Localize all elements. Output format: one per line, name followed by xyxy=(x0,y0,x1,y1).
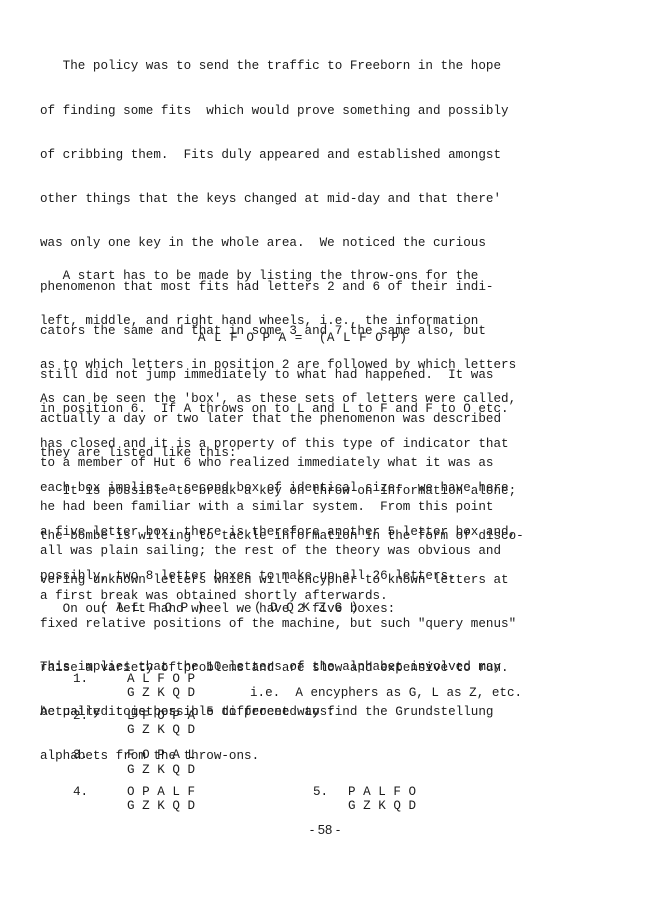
pairing-bottom-row: G Z K Q D xyxy=(127,723,195,738)
pairing-bottom-row: G Z K Q D xyxy=(127,763,195,778)
text-line: It is possible to break a key on throw-o… xyxy=(40,484,640,499)
page-number: - 58 - xyxy=(0,823,650,838)
pairing-top-row: L F O P A xyxy=(127,709,195,724)
pairing-top-row: O P A L F xyxy=(127,785,195,800)
text-line: The policy was to send the traffic to Fr… xyxy=(40,59,640,74)
text-line: has closed and it is a property of this … xyxy=(40,437,640,452)
pairing-bottom-row: G Z K Q D xyxy=(127,799,195,814)
pairing-number: 1. xyxy=(73,672,88,687)
pairing-bottom-row: G Z K Q D xyxy=(348,799,416,814)
five-box-2: ( D Q K Z G ) xyxy=(254,601,359,616)
five-box-1: ( A L F O P ) xyxy=(100,601,205,616)
document-page: The policy was to send the traffic to Fr… xyxy=(0,0,650,902)
pairing-top-row: F O P A L xyxy=(127,748,195,763)
pairing-number: 2. xyxy=(73,709,88,724)
text-line: the bombe is willing to tackle informati… xyxy=(40,529,640,544)
pairing-number: 4. xyxy=(73,785,88,800)
text-line: other things that the keys changed at mi… xyxy=(40,192,640,207)
text-line: A start has to be made by listing the th… xyxy=(40,269,640,284)
pairing-bottom-row: G Z K Q D xyxy=(127,686,195,701)
pairing-number: 5. xyxy=(313,785,328,800)
text-line: left, middle, and right hand wheels, i.e… xyxy=(40,314,640,329)
pairing-number: 3. xyxy=(73,748,88,763)
text-line: of finding some fits which would prove s… xyxy=(40,104,640,119)
pairing-note: i.e. A encyphers as G, L as Z, etc. xyxy=(250,686,522,701)
text-line: As can be seen the 'box', as these sets … xyxy=(40,392,640,407)
pairing-top-row: P A L F O xyxy=(348,785,416,800)
text-line: of cribbing them. Fits duly appeared and… xyxy=(40,148,640,163)
pairing-top-row: A L F O P xyxy=(127,672,195,687)
box-equation: A L F O P A = (A L F O P) xyxy=(198,331,408,346)
